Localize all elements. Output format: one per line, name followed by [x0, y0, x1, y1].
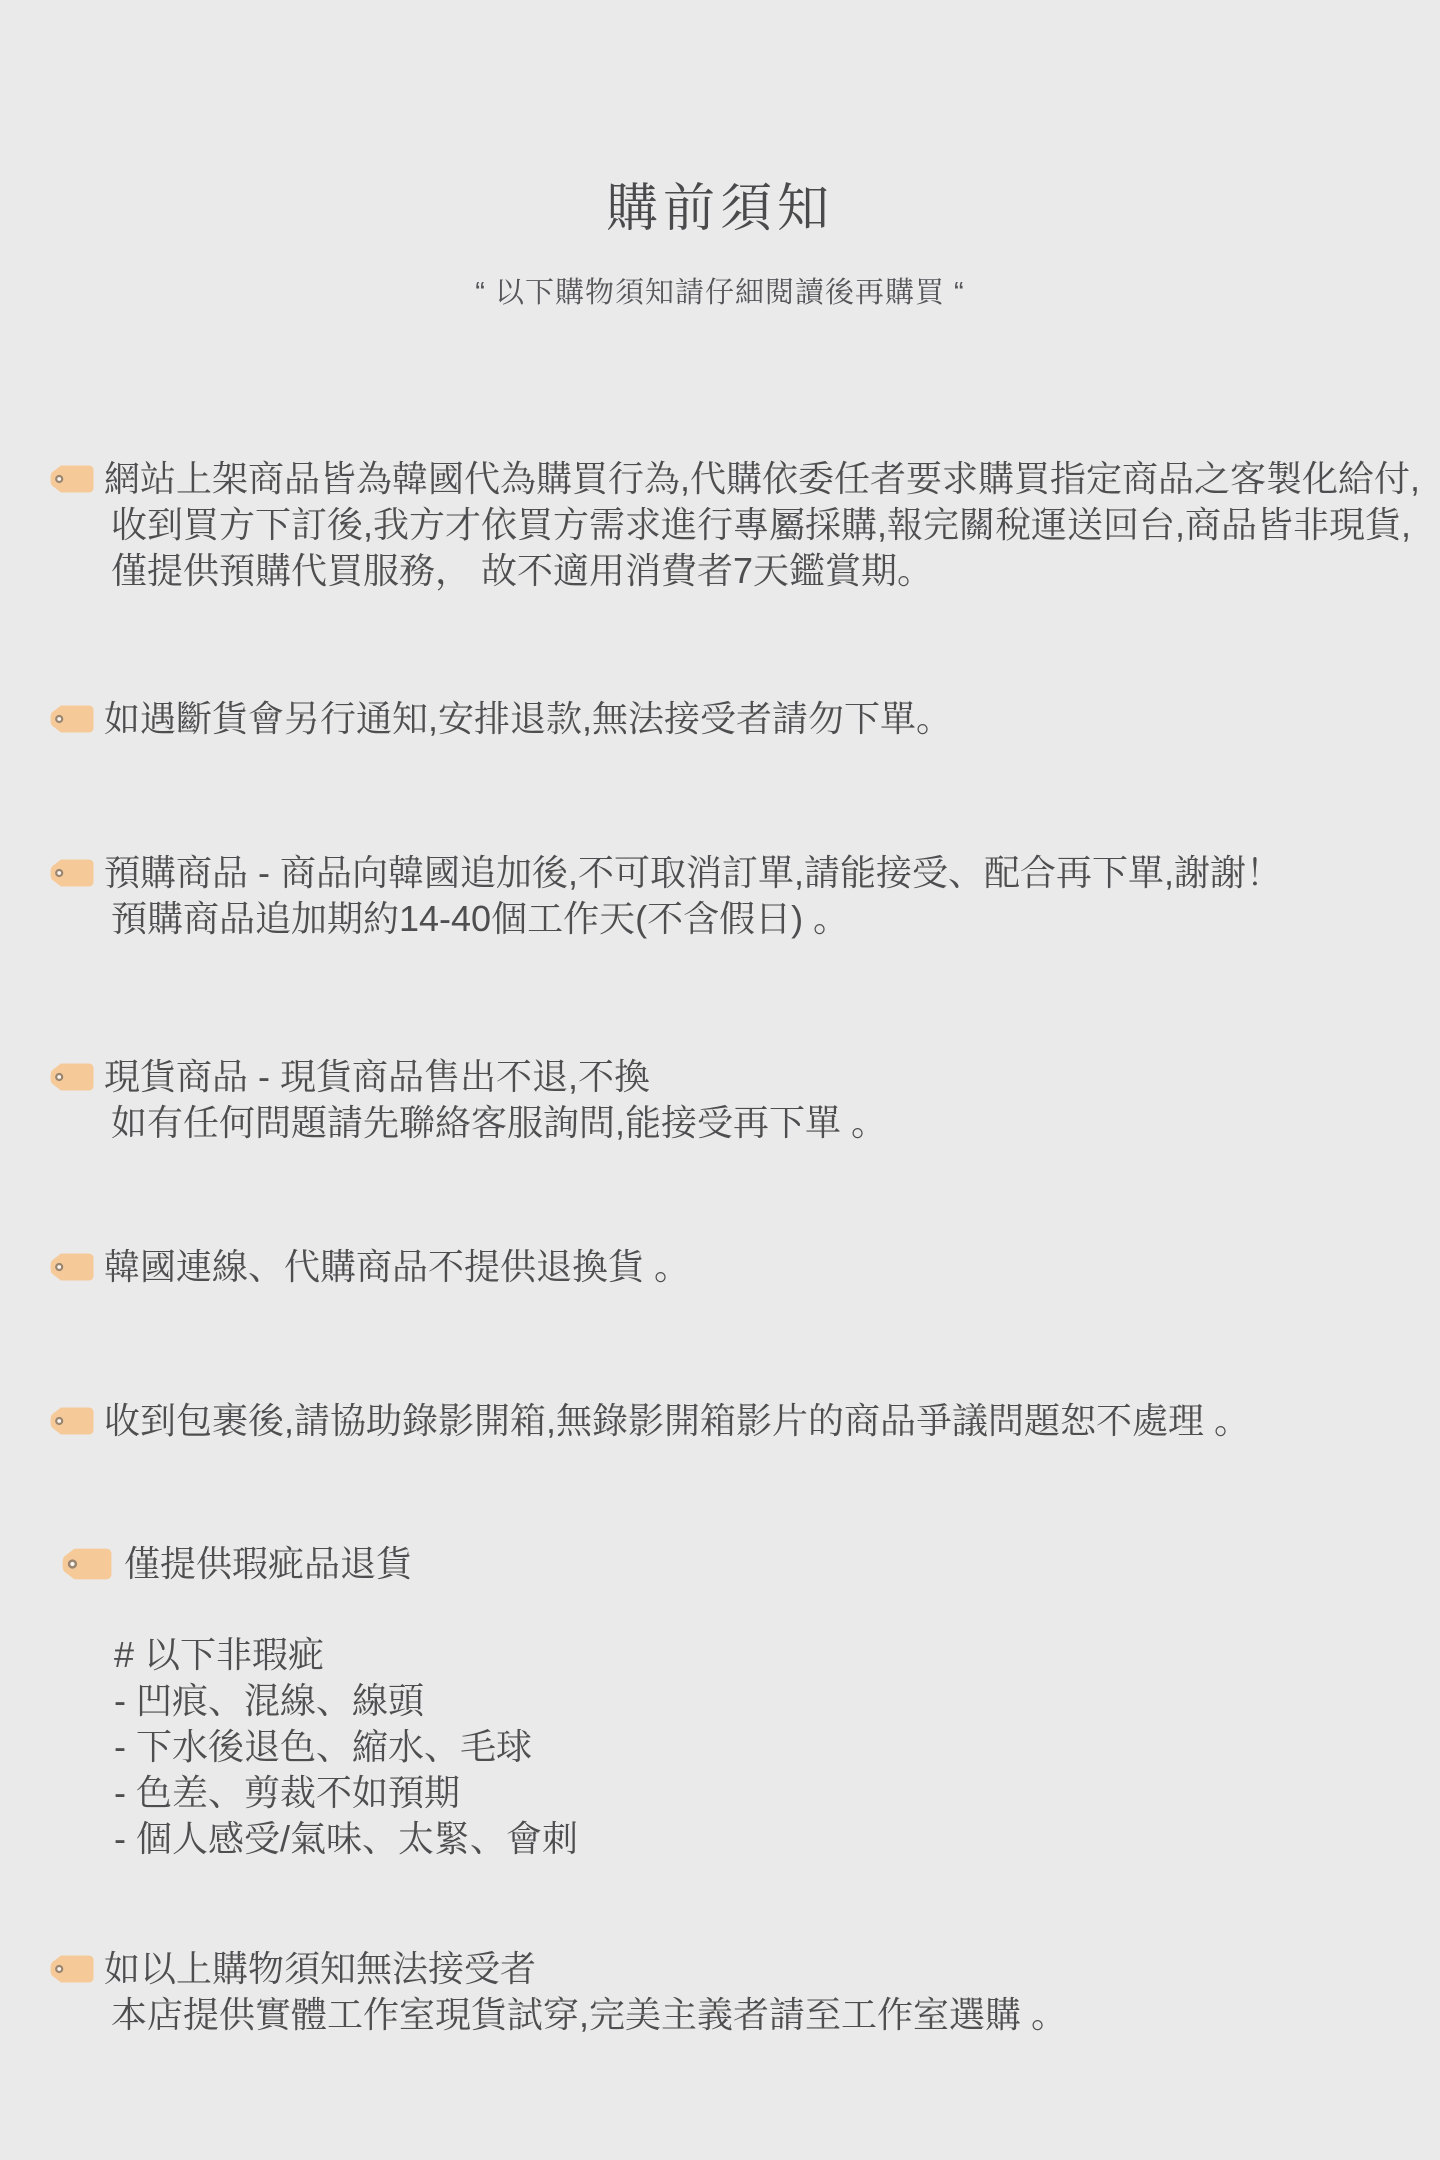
tag-icon: [50, 1407, 94, 1435]
non-defect-list: # 以下非瑕疵 - 凹痕、混線、線頭 - 下水後退色、縮水、毛球 - 色差、剪裁…: [114, 1632, 578, 1862]
notice-line: 收到買方下訂後,我方才依買方需求進行專屬採購,報完關稅運送回台,商品皆非現貨,: [104, 502, 1420, 548]
page-title: 購前須知: [0, 166, 1440, 241]
tag-icon: [50, 859, 94, 887]
tag-icon: [50, 1253, 94, 1281]
tag-icon: [50, 1063, 94, 1091]
notice-item-unboxing-video: 收到包裹後,請協助錄影開箱,無錄影開箱影片的商品爭議問題恕不處理 。: [50, 1398, 1250, 1444]
notice-item-out-of-stock: 如遇斷貨會另行通知,安排退款,無法接受者請勿下單。: [50, 696, 952, 742]
page-subtitle: “ 以下購物須知請仔細閱讀後再購買 “: [0, 270, 1440, 311]
notice-item-no-returns: 韓國連線、代購商品不提供退換貨 。: [50, 1244, 690, 1290]
notice-item-defective-returns: 僅提供瑕疵品退貨: [62, 1541, 412, 1587]
notice-line: 僅提供瑕疵品退貨: [124, 1541, 412, 1587]
notice-line: 如有任何問題請先聯絡客服詢問,能接受再下單 。: [104, 1100, 887, 1146]
non-defect-item: - 下水後退色、縮水、毛球: [114, 1724, 578, 1770]
notice-item-preorder-goods: 預購商品 - 商品向韓國追加後,不可取消訂單,請能接受、配合再下單,謝謝！ 預購…: [50, 850, 1282, 942]
tag-icon: [50, 465, 94, 493]
notice-item-studio-tryon: 如以上購物須知無法接受者 本店提供實體工作室現貨試穿,完美主義者請至工作室選購 …: [50, 1946, 1067, 2038]
tag-icon: [50, 705, 94, 733]
tag-icon: [50, 1955, 94, 1983]
notice-line: 預購商品 - 商品向韓國追加後,不可取消訂單,請能接受、配合再下單,謝謝！: [104, 850, 1282, 896]
notice-line: 預購商品追加期約14-40個工作天(不含假日) 。: [104, 896, 1282, 942]
non-defect-item: - 色差、剪裁不如預期: [114, 1770, 578, 1816]
notice-item-preorder-service: 網站上架商品皆為韓國代為購買行為,代購依委任者要求購買指定商品之客製化給付, 收…: [50, 456, 1420, 594]
purchase-notice-page: { "page": { "background_color": "#eaeaea…: [0, 0, 1440, 2160]
notice-line: 如遇斷貨會另行通知,安排退款,無法接受者請勿下單。: [104, 696, 952, 742]
notice-line: 如以上購物須知無法接受者: [104, 1946, 1067, 1992]
notice-line: 僅提供預購代買服務， 故不適用消費者7天鑑賞期。: [104, 548, 1420, 594]
notice-item-in-stock-goods: 現貨商品 - 現貨商品售出不退,不換 如有任何問題請先聯絡客服詢問,能接受再下單…: [50, 1054, 887, 1146]
non-defect-heading: # 以下非瑕疵: [114, 1632, 578, 1678]
non-defect-item: - 個人感受/氣味、太緊、會刺: [114, 1816, 578, 1862]
notice-line: 網站上架商品皆為韓國代為購買行為,代購依委任者要求購買指定商品之客製化給付,: [104, 456, 1420, 502]
notice-line: 收到包裹後,請協助錄影開箱,無錄影開箱影片的商品爭議問題恕不處理 。: [104, 1398, 1250, 1444]
notice-line: 本店提供實體工作室現貨試穿,完美主義者請至工作室選購 。: [104, 1992, 1067, 2038]
notice-line: 韓國連線、代購商品不提供退換貨 。: [104, 1244, 690, 1290]
non-defect-item: - 凹痕、混線、線頭: [114, 1678, 578, 1724]
notice-line: 現貨商品 - 現貨商品售出不退,不換: [104, 1054, 887, 1100]
tag-icon: [62, 1548, 112, 1580]
